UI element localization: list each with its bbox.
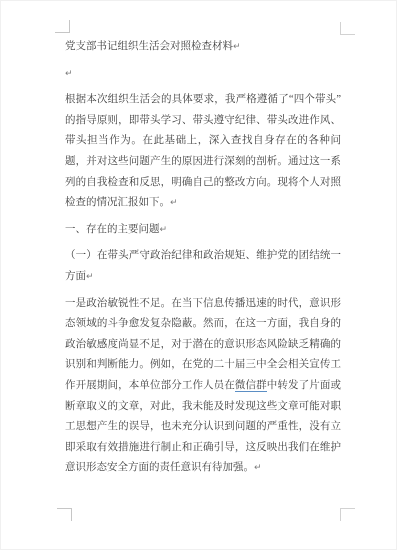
wechat-group-underlined-text[interactable]: 微信群 [235, 380, 267, 393]
paragraph-intro: 根据本次组织生活会的具体要求，我严格遵循了“四个带头”的指导原则，即带头学习、带… [65, 90, 341, 214]
paragraph-mark-icon: ↵ [86, 272, 94, 282]
paragraph-problem-1-text-after: 中转发了片面或断章取义的文章，对此，我未能及时发现这些文章可能对职工思想产生的误… [65, 380, 341, 473]
empty-paragraph: ↵ [65, 64, 341, 85]
document-page: 党支部书记组织生活会对照检查材料↵ ↵ 根据本次组织生活会的具体要求，我严格遵循… [0, 0, 397, 550]
sub-heading-text: （一）在带头严守政治纪律和政治规矩、维护党的团结统一方面 [65, 250, 341, 282]
document-title-text: 党支部书记组织生活会对照检查材料 [65, 41, 233, 52]
section-heading-text: 一、存在的主要问题 [65, 224, 160, 235]
paragraph-mark-icon: ↵ [170, 198, 178, 208]
paragraph-mark-icon: ↵ [65, 69, 73, 79]
text-boundary-mark-bottom-left [57, 508, 72, 521]
paragraph-mark-icon: ↵ [160, 225, 168, 235]
paragraph-mark-icon: ↵ [254, 463, 262, 473]
text-boundary-mark-top-right [340, 22, 355, 35]
paragraph-problem-1: 一是政治敏锐性不足。在当下信息传播迅速的时代，意识形态领域的斗争愈发复杂隐蔽。然… [65, 294, 341, 479]
paragraph-mark-icon: ↵ [233, 42, 241, 52]
section-heading-main-problems: 一、存在的主要问题↵ [65, 220, 341, 241]
paragraph-intro-text: 根据本次组织生活会的具体要求，我严格遵循了“四个带头”的指导原则，即带头学习、带… [65, 94, 341, 208]
document-body: 党支部书记组织生活会对照检查材料↵ ↵ 根据本次组织生活会的具体要求，我严格遵循… [65, 37, 341, 485]
sub-heading-political-discipline: （一）在带头严守政治纪律和政治规矩、维护党的团结统一方面↵ [65, 246, 341, 287]
text-boundary-mark-bottom-right [340, 508, 355, 521]
paragraph-problem-1-text-before: 一是政治敏锐性不足。在当下信息传播迅速的时代，意识形态领域的斗争愈发复杂隐蔽。然… [65, 298, 341, 391]
document-title: 党支部书记组织生活会对照检查材料↵ [65, 37, 341, 58]
text-boundary-mark-top-left [55, 20, 70, 33]
